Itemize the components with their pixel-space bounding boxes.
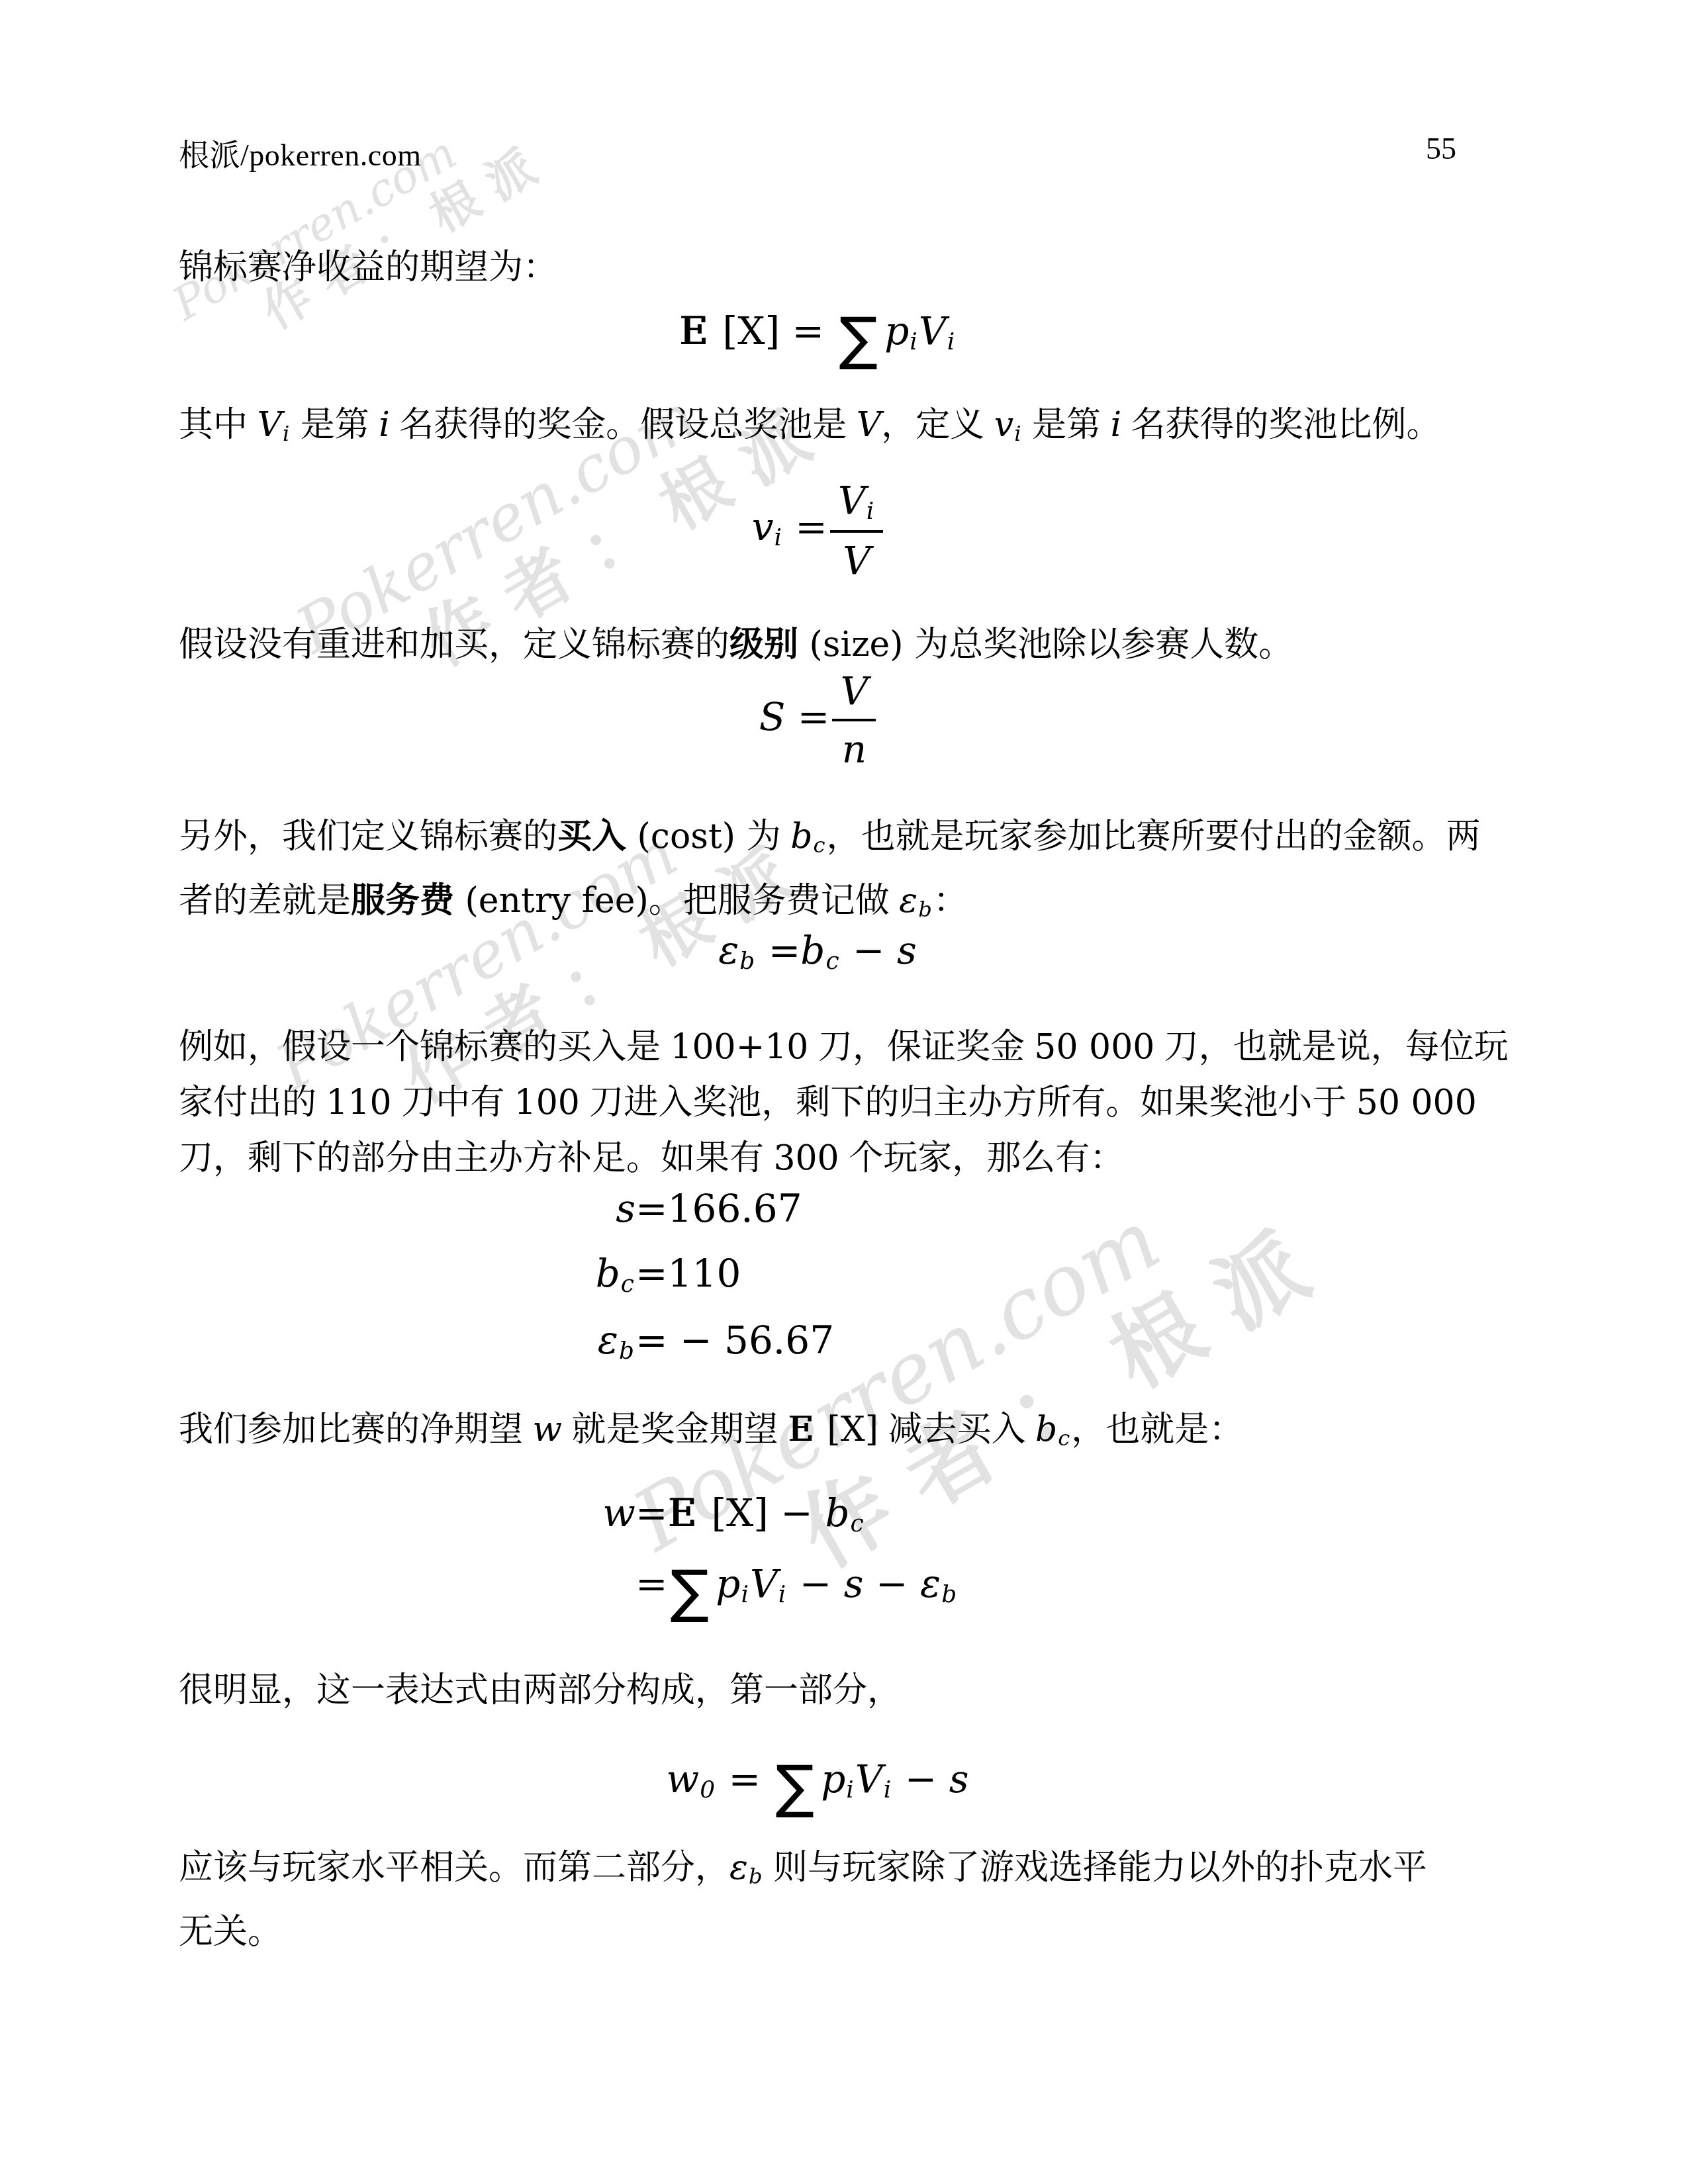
- equation-w0: w0 = ∑piVi − s: [179, 1752, 1456, 1820]
- equation-size: S =Vn: [179, 668, 1456, 772]
- paragraph-line: 另外，我们定义锦标赛的买入 (cost) 为 bc，也就是玩家参加比赛所要付出的…: [179, 809, 1456, 873]
- paragraph: 另外，我们定义锦标赛的买入 (cost) 为 bc，也就是玩家参加比赛所要付出的…: [179, 809, 1456, 937]
- equation-entry-fee: εb =bc − s: [179, 928, 1456, 975]
- paragraph-line: 无关。: [179, 1904, 1456, 1960]
- header-site-label: 根派/pokerren.com: [179, 131, 421, 175]
- paragraph-line: 应该与玩家水平相关。而第二部分，εb 则与玩家除了游戏选择能力以外的扑克水平: [179, 1840, 1456, 1904]
- equation-row: s =166.67: [179, 1186, 1456, 1231]
- equation-pool-share: vi =ViV: [179, 478, 1456, 583]
- paragraph: 锦标赛净收益的期望为：: [179, 240, 1456, 295]
- page-header: 根派/pokerren.com 55: [179, 131, 1456, 175]
- paragraph: 应该与玩家水平相关。而第二部分，εb 则与玩家除了游戏选择能力以外的扑克水平 无…: [179, 1840, 1456, 1960]
- equation-row: εb = − 56.67: [179, 1318, 1456, 1365]
- paragraph: 假设没有重进和加买，定义锦标赛的级别 (size) 为总奖池除以参赛人数。: [179, 617, 1456, 672]
- equation-net-expectation: w =E [X] − bc =∑piVi − s − εb: [179, 1490, 1456, 1625]
- equation-row: w =E [X] − bc: [179, 1490, 1456, 1537]
- paragraph-line: 刀，剩下的部分由主办方补足。如果有 300 个玩家，那么有：: [179, 1130, 1456, 1186]
- page-content: 根派/pokerren.com 55 锦标赛净收益的期望为： E [X] = ∑…: [179, 0, 1456, 2184]
- paragraph: 其中 Vi 是第 i 名获得的奖金。假设总奖池是 V，定义 vi 是第 i 名获…: [179, 397, 1456, 461]
- equation-row: =∑piVi − s − εb: [179, 1557, 1456, 1625]
- paragraph: 很明显，这一表达式由两部分构成，第一部分，: [179, 1662, 1456, 1718]
- equation-row: bc =110: [179, 1251, 1456, 1298]
- paragraph: 我们参加比赛的净期望 w 就是奖金期望 E [X] 减去买入 bc，也就是：: [179, 1402, 1456, 1466]
- paragraph-line: 例如，假设一个锦标赛的买入是 100+10 刀，保证奖金 50 000 刀，也就…: [179, 1019, 1456, 1075]
- paragraph-line: 家付出的 110 刀中有 100 刀进入奖池，剩下的归主办方所有。如果奖池小于 …: [179, 1075, 1456, 1130]
- paragraph: 例如，假设一个锦标赛的买入是 100+10 刀，保证奖金 50 000 刀，也就…: [179, 1019, 1456, 1186]
- document-page: Pokerren.com 作者：根派 Pokerren.com 作者：根派 Po…: [0, 0, 1688, 2184]
- equation-example-values: s =166.67 bc =110 εb = − 56.67: [179, 1186, 1456, 1365]
- equation-expectation: E [X] = ∑piVi: [179, 304, 1456, 372]
- page-number: 55: [1426, 131, 1456, 166]
